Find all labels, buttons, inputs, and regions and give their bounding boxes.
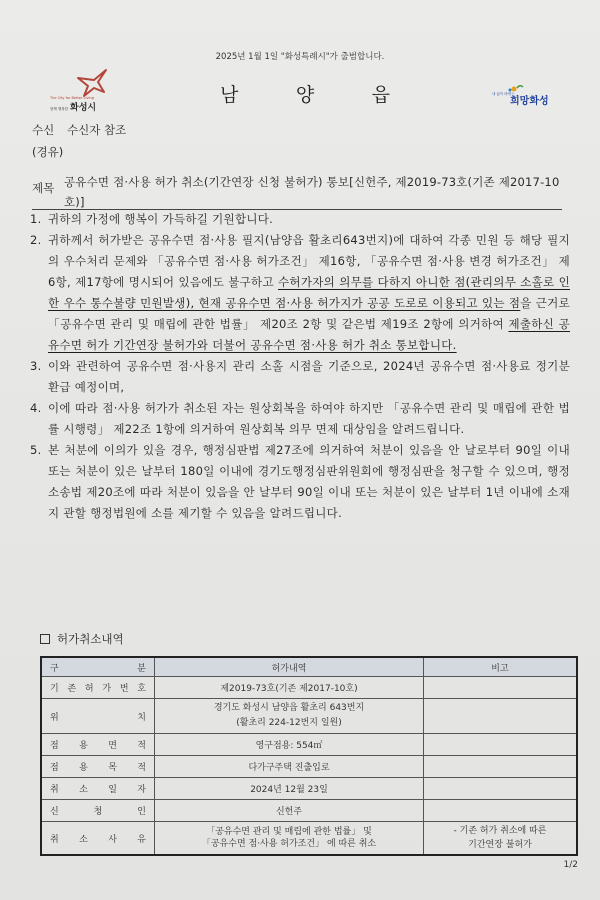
body-item-text: 귀하의 가정에 행복이 가득하길 기원합니다. — [48, 209, 570, 230]
cell-note — [424, 734, 578, 756]
hwaseong-star-logo-icon — [70, 68, 110, 98]
subject-label: 제목 — [32, 180, 54, 196]
cell-note: - 기존 허가 취소에 따른기간연장 불허가 — [424, 822, 578, 856]
cell-detail: 제2019-73호(기존 제2017-10호) — [155, 677, 424, 699]
cell-detail: 영구점용: 554㎡ — [155, 734, 424, 756]
letter-body: 1. 귀하의 가정에 행복이 가득하길 기원합니다. 2. 귀하께서 허가받은 … — [30, 209, 570, 524]
section-title: 허가취소내역 — [57, 631, 124, 647]
body-item-text: 귀하께서 허가받은 공유수면 점·사용 필지(남양읍 활초리643번지)에 대하… — [48, 230, 570, 356]
table-row: 점용목적 다가구주택 진출입로 — [41, 756, 577, 778]
body-item-text: 이와 관련하여 공유수면 점·사용지 관리 소홀 시점을 기준으로, 2024년… — [48, 356, 570, 398]
recipient-value: 수신자 참조 — [67, 122, 126, 138]
cell-detail: 「공유수면 관리 및 매립에 관한 법률」 및「공유수면 점·사용 허가조건」 … — [155, 822, 424, 856]
logo-city-name: 함께 행복한화성시 — [50, 100, 96, 113]
table-row: 기존허가번호 제2019-73호(기존 제2017-10호) — [41, 677, 577, 699]
body-item: 2. 귀하께서 허가받은 공유수면 점·사용 필지(남양읍 활초리643번지)에… — [30, 230, 570, 356]
table-row: 신청인 신헌주 — [41, 800, 577, 822]
cell-note — [424, 677, 578, 699]
table-row: 취소사유 「공유수면 관리 및 매립에 관한 법률」 및「공유수면 점·사용 허… — [41, 822, 577, 856]
hwaseong-city-logo: The City for Better Living 함께 행복한화성시 — [50, 68, 120, 108]
subject-text: 공유수면 점·사용 허가 취소(기간연장 신청 불허가) 통보[신헌주, 제20… — [64, 172, 564, 212]
org-title: 남 양 읍 — [220, 80, 390, 107]
permit-cancellation-table: 구분 허가내역 비고 기존허가번호 제2019-73호(기존 제2017-10호… — [40, 656, 578, 856]
org-title-char: 읍 — [372, 80, 390, 107]
cell-note — [424, 699, 578, 734]
org-title-char: 양 — [296, 80, 314, 107]
square-bullet-icon — [40, 634, 50, 644]
cell-note — [424, 778, 578, 800]
org-title-char: 남 — [220, 80, 238, 107]
recipient-block: 수신 수신자 참조 (경유) — [32, 122, 126, 166]
body-item: 5. 본 처분에 이의가 있을 경우, 행정심판법 제27조에 의거하여 처분이… — [30, 440, 570, 524]
recipient-label: 수신 — [32, 122, 67, 138]
header-note: 비고 — [424, 657, 578, 677]
via-label: (경유) — [32, 144, 63, 160]
body-item: 3. 이와 관련하여 공유수면 점·사용지 관리 소홀 시점을 기준으로, 20… — [30, 356, 570, 398]
body-item-text: 본 처분에 이의가 있을 경우, 행정심판법 제27조에 의거하여 처분이 있음… — [48, 440, 570, 524]
table-row: 점용면적 영구점용: 554㎡ — [41, 734, 577, 756]
table-header-row: 구분 허가내역 비고 — [41, 657, 577, 677]
header-detail: 허가내역 — [155, 657, 424, 677]
hope-hwaseong-logo: 내 삶이 바뀌는 희망화성 — [492, 84, 552, 108]
body-item: 4. 이에 따라 점·사용 허가가 취소된 자는 원상회복을 하여야 하지만 「… — [30, 398, 570, 440]
cell-note — [424, 756, 578, 778]
cell-detail: 2024년 12월 23일 — [155, 778, 424, 800]
slogan-text: 2025년 1월 1일 "화성특례시"가 출범합니다. — [0, 50, 600, 62]
page-number: 1/2 — [564, 860, 578, 870]
document-page: 2025년 1월 1일 "화성특례시"가 출범합니다. The City for… — [0, 0, 600, 900]
logo-brand-name: 희망화성 — [510, 92, 549, 107]
cell-detail: 신헌주 — [155, 800, 424, 822]
table-row: 취소일자 2024년 12월 23일 — [41, 778, 577, 800]
body-item: 1. 귀하의 가정에 행복이 가득하길 기원합니다. — [30, 209, 570, 230]
body-item-text: 이에 따라 점·사용 허가가 취소된 자는 원상회복을 하여야 하지만 「공유수… — [48, 398, 570, 440]
table-row: 위치 경기도 화성시 남양읍 활초리 643번지(활초리 224-12번지 일원… — [41, 699, 577, 734]
cell-note — [424, 800, 578, 822]
cell-detail: 경기도 화성시 남양읍 활초리 643번지(활초리 224-12번지 일원) — [155, 699, 424, 734]
section-heading: 허가취소내역 — [40, 631, 124, 647]
cell-detail: 다가구주택 진출입로 — [155, 756, 424, 778]
